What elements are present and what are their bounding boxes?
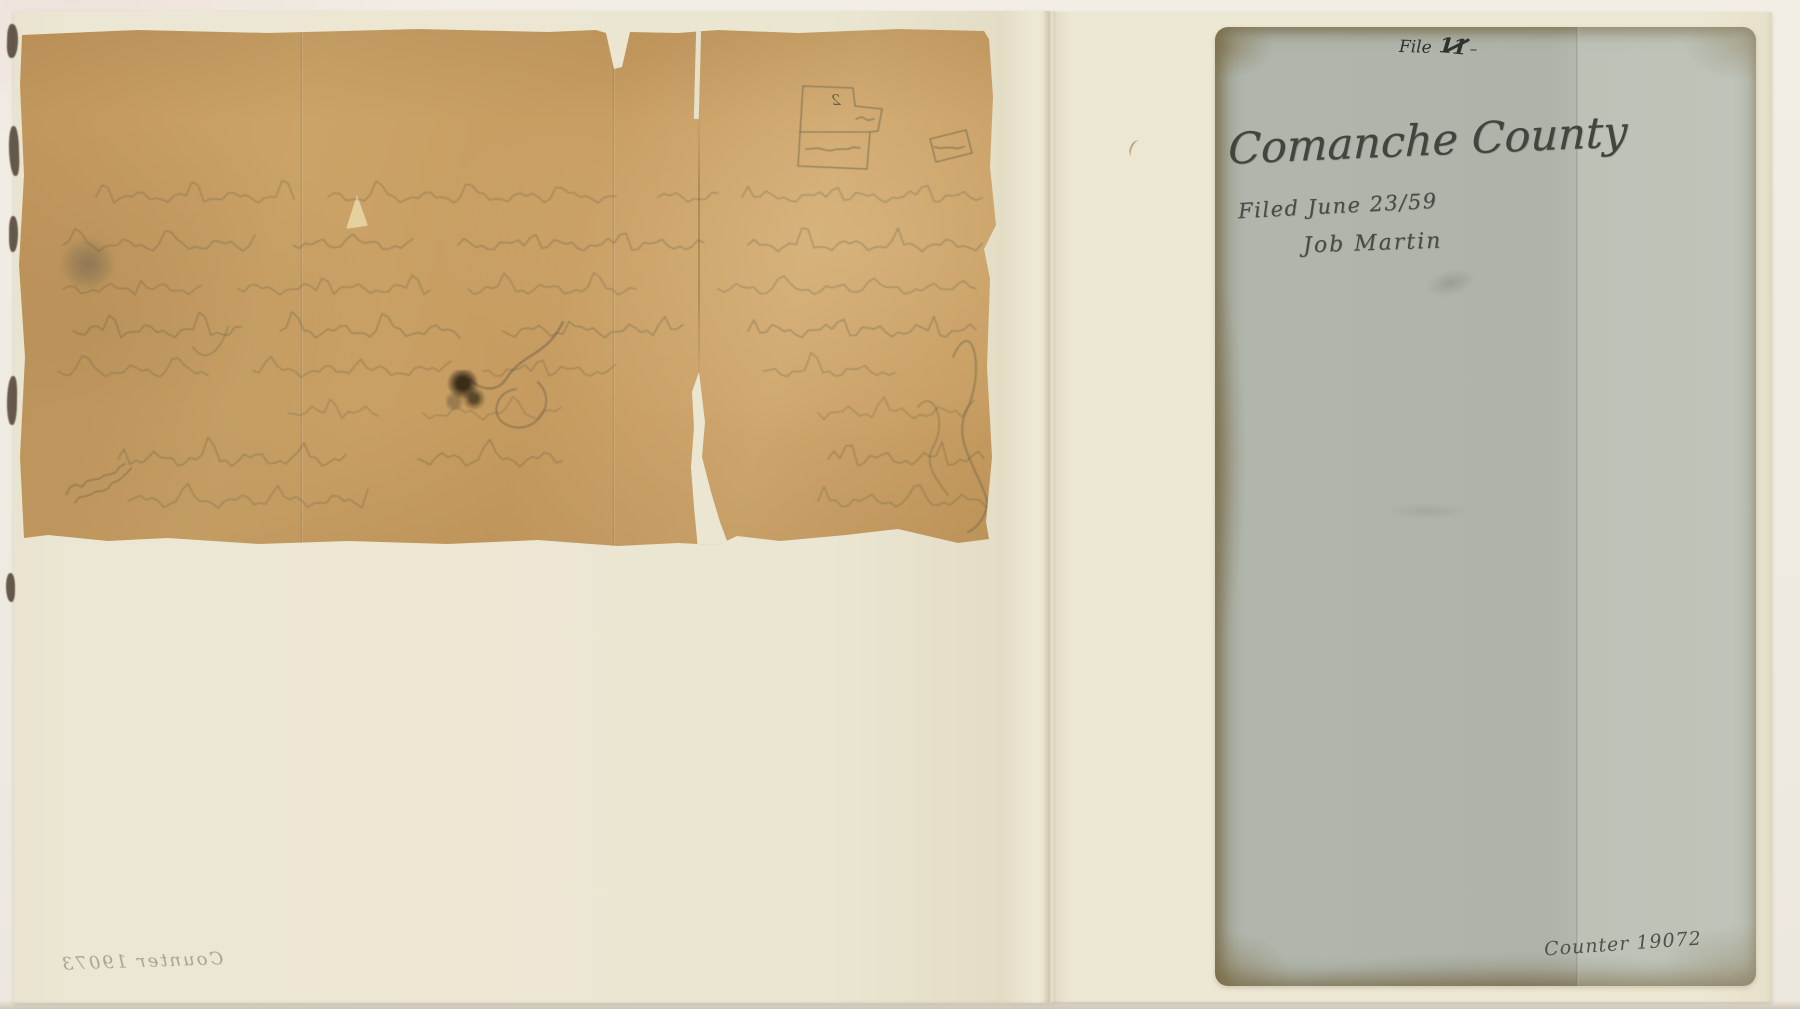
cover-fold-crease <box>1576 27 1579 986</box>
bleedthrough-flourish <box>953 341 987 532</box>
bleedthrough-line <box>856 117 874 120</box>
tear-crease <box>698 107 700 375</box>
page-fold-crease <box>1043 11 1057 1003</box>
bleedthrough-line <box>63 228 982 251</box>
archival-scan-background: 2 Counter 19073 File11– Comanche County … <box>0 0 1800 1009</box>
bleedthrough-line <box>118 437 984 467</box>
torn-edge-fragment <box>7 376 18 425</box>
bleedthrough-line <box>73 312 976 338</box>
plat-outline-small <box>930 130 972 162</box>
ink-blot <box>446 370 486 412</box>
bleedthrough-flourish <box>496 382 546 428</box>
file-number-line: File11– <box>1399 32 1478 59</box>
pencil-smudge <box>1385 503 1469 519</box>
cover-right-panel <box>1579 27 1756 986</box>
grantee-name: Job Martin <box>1303 229 1443 259</box>
bleedthrough-line <box>128 483 992 508</box>
bleedthrough-line <box>96 181 982 203</box>
bleedthrough-line <box>63 273 976 295</box>
plat-sketch <box>798 86 972 169</box>
bleedthrough-flourish <box>193 327 228 355</box>
bleedthrough-line <box>288 397 974 420</box>
plat-section-number: 2 <box>831 91 842 109</box>
file-label: File <box>1399 37 1432 58</box>
pencil-smudge <box>1423 264 1480 303</box>
handwriting-bleedthrough: 2 <box>18 27 998 549</box>
bleedthrough-line <box>806 147 860 151</box>
bleedthrough-line <box>934 146 964 148</box>
letter-paper: 2 <box>18 27 998 549</box>
torn-edge-fragment <box>6 573 15 602</box>
file-dash: – <box>1470 40 1478 58</box>
